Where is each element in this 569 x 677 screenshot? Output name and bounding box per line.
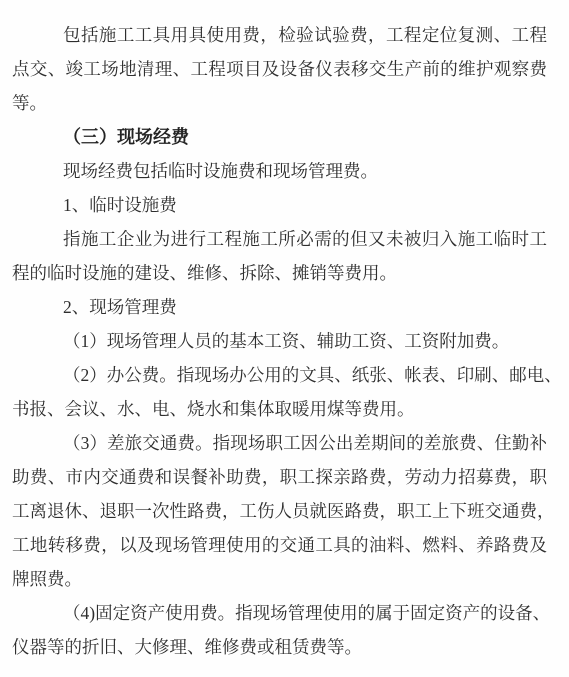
item1-body: 指施工企业为进行工程施工所必需的但又未被归入施工临时工 程的临时设施的建设、维修… — [12, 222, 547, 290]
section-heading: （三）现场经费 — [12, 120, 547, 154]
text-line: 程的临时设施的建设、维修、拆除、摊销等费用。 — [12, 256, 547, 290]
text-line: 指施工企业为进行工程施工所必需的但又未被归入施工临时工 — [12, 222, 547, 256]
item1-title: 1、临时设施费 — [12, 188, 547, 222]
text-line: 工地转移费，以及现场管理使用的交通工具的油料、燃料、养路费及 — [12, 528, 547, 562]
text-line: 点交、竣工场地清理、工程项目及设备仪表移交生产前的维护观察费 — [12, 52, 547, 86]
text-line: 包括施工工具用具使用费，检验试验费，工程定位复测、工程 — [12, 18, 547, 52]
sub-item-1: （1）现场管理人员的基本工资、辅助工资、工资附加费。 — [12, 324, 547, 358]
text-line: （1）现场管理人员的基本工资、辅助工资、工资附加费。 — [12, 324, 547, 358]
text-line: 仪器等的折旧、大修理、维修费或租赁费等。 — [12, 630, 547, 664]
sub-item-3: （3）差旅交通费。指现场职工因公出差期间的差旅费、住勤补 助费、市内交通费和误餐… — [12, 426, 547, 596]
paragraph-overview: 现场经费包括临时设施费和现场管理费。 — [12, 154, 547, 188]
text-line: 助费、市内交通费和误餐补助费，职工探亲路费，劳动力招募费，职 — [12, 460, 547, 494]
sub-item-2: （2）办公费。指现场办公用的文具、纸张、帐表、印刷、邮电、 书报、会议、水、电、… — [12, 358, 547, 426]
text-line: 牌照费。 — [12, 562, 547, 596]
text-line: 等。 — [12, 86, 547, 120]
text-line: （3）差旅交通费。指现场职工因公出差期间的差旅费、住勤补 — [12, 426, 547, 460]
text-line: （2）办公费。指现场办公用的文具、纸张、帐表、印刷、邮电、 — [12, 358, 547, 392]
text-line: 1、临时设施费 — [12, 188, 547, 222]
sub-item-4: （4)固定资产使用费。指现场管理使用的属于固定资产的设备、 仪器等的折旧、大修理… — [12, 596, 547, 664]
text-line: 现场经费包括临时设施费和现场管理费。 — [12, 154, 547, 188]
document-page: 包括施工工具用具使用费，检验试验费，工程定位复测、工程 点交、竣工场地清理、工程… — [0, 0, 569, 677]
text-line: （4)固定资产使用费。指现场管理使用的属于固定资产的设备、 — [12, 596, 547, 630]
item2-title: 2、现场管理费 — [12, 290, 547, 324]
paragraph-intro: 包括施工工具用具使用费，检验试验费，工程定位复测、工程 点交、竣工场地清理、工程… — [12, 18, 547, 120]
text-line: 工离退休、退职一次性路费，工伤人员就医路费，职工上下班交通费， — [12, 494, 547, 528]
text-line: 书报、会议、水、电、烧水和集体取暖用煤等费用。 — [12, 392, 547, 426]
text-line: 2、现场管理费 — [12, 290, 547, 324]
